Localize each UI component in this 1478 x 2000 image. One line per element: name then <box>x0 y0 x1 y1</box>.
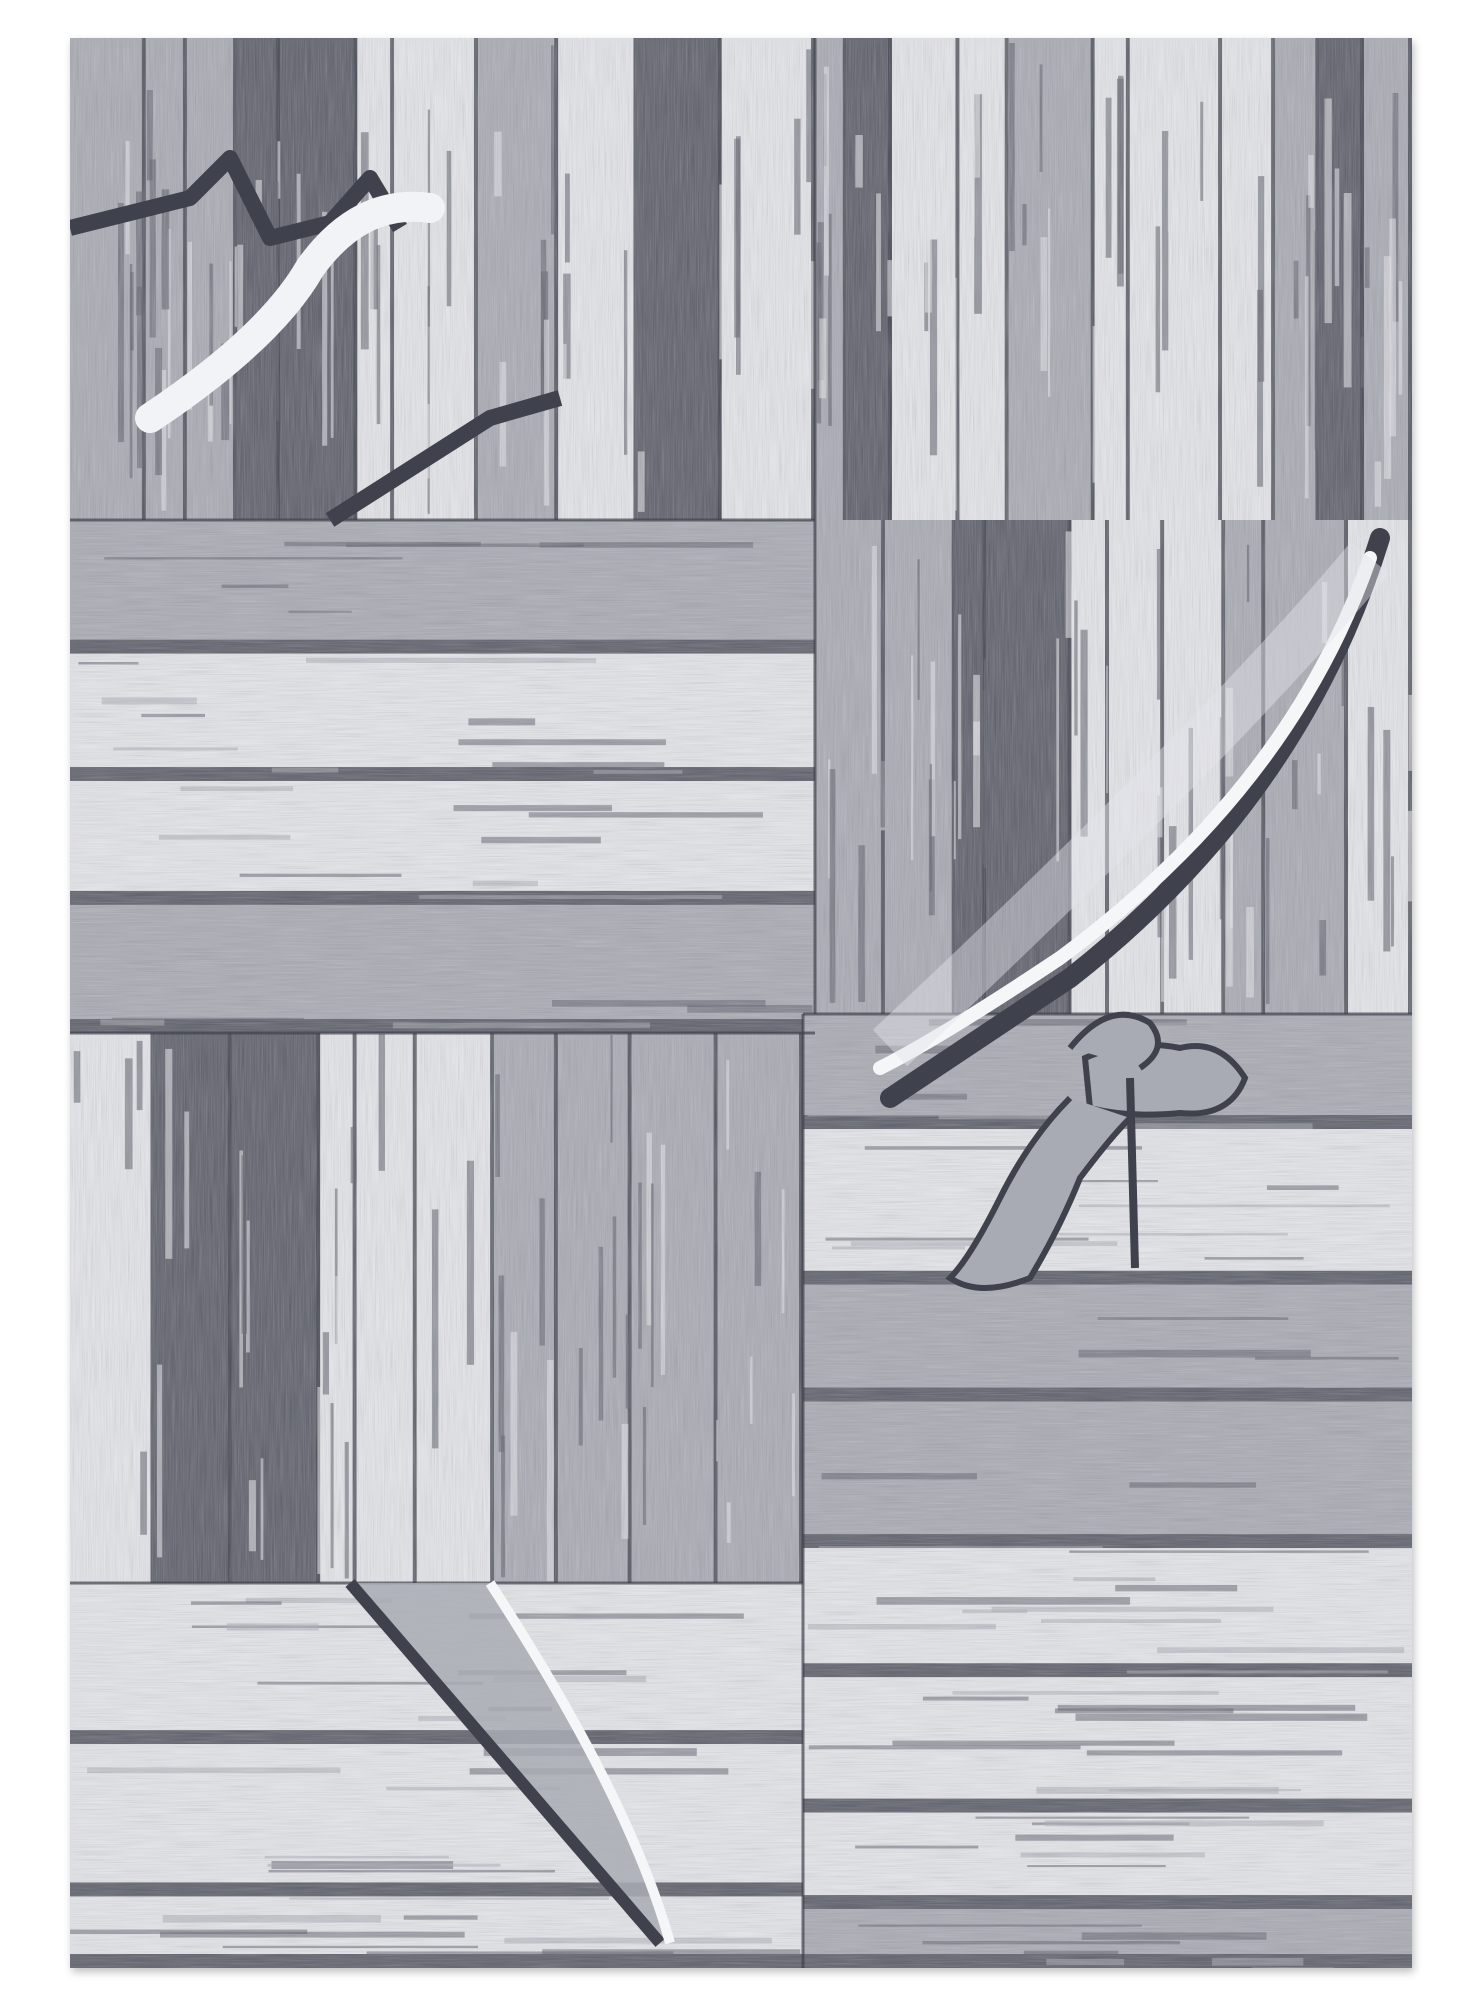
panel-bottom-left-vertical-planks <box>70 1033 803 1583</box>
rug-artwork <box>70 38 1412 1968</box>
rug <box>70 38 1412 1968</box>
panel-bottom-right-horizontal-planks <box>803 1014 1412 1968</box>
panel-middle-left-horizontal-planks <box>70 520 815 1033</box>
panel-top-right-vertical-planks <box>815 38 1412 520</box>
